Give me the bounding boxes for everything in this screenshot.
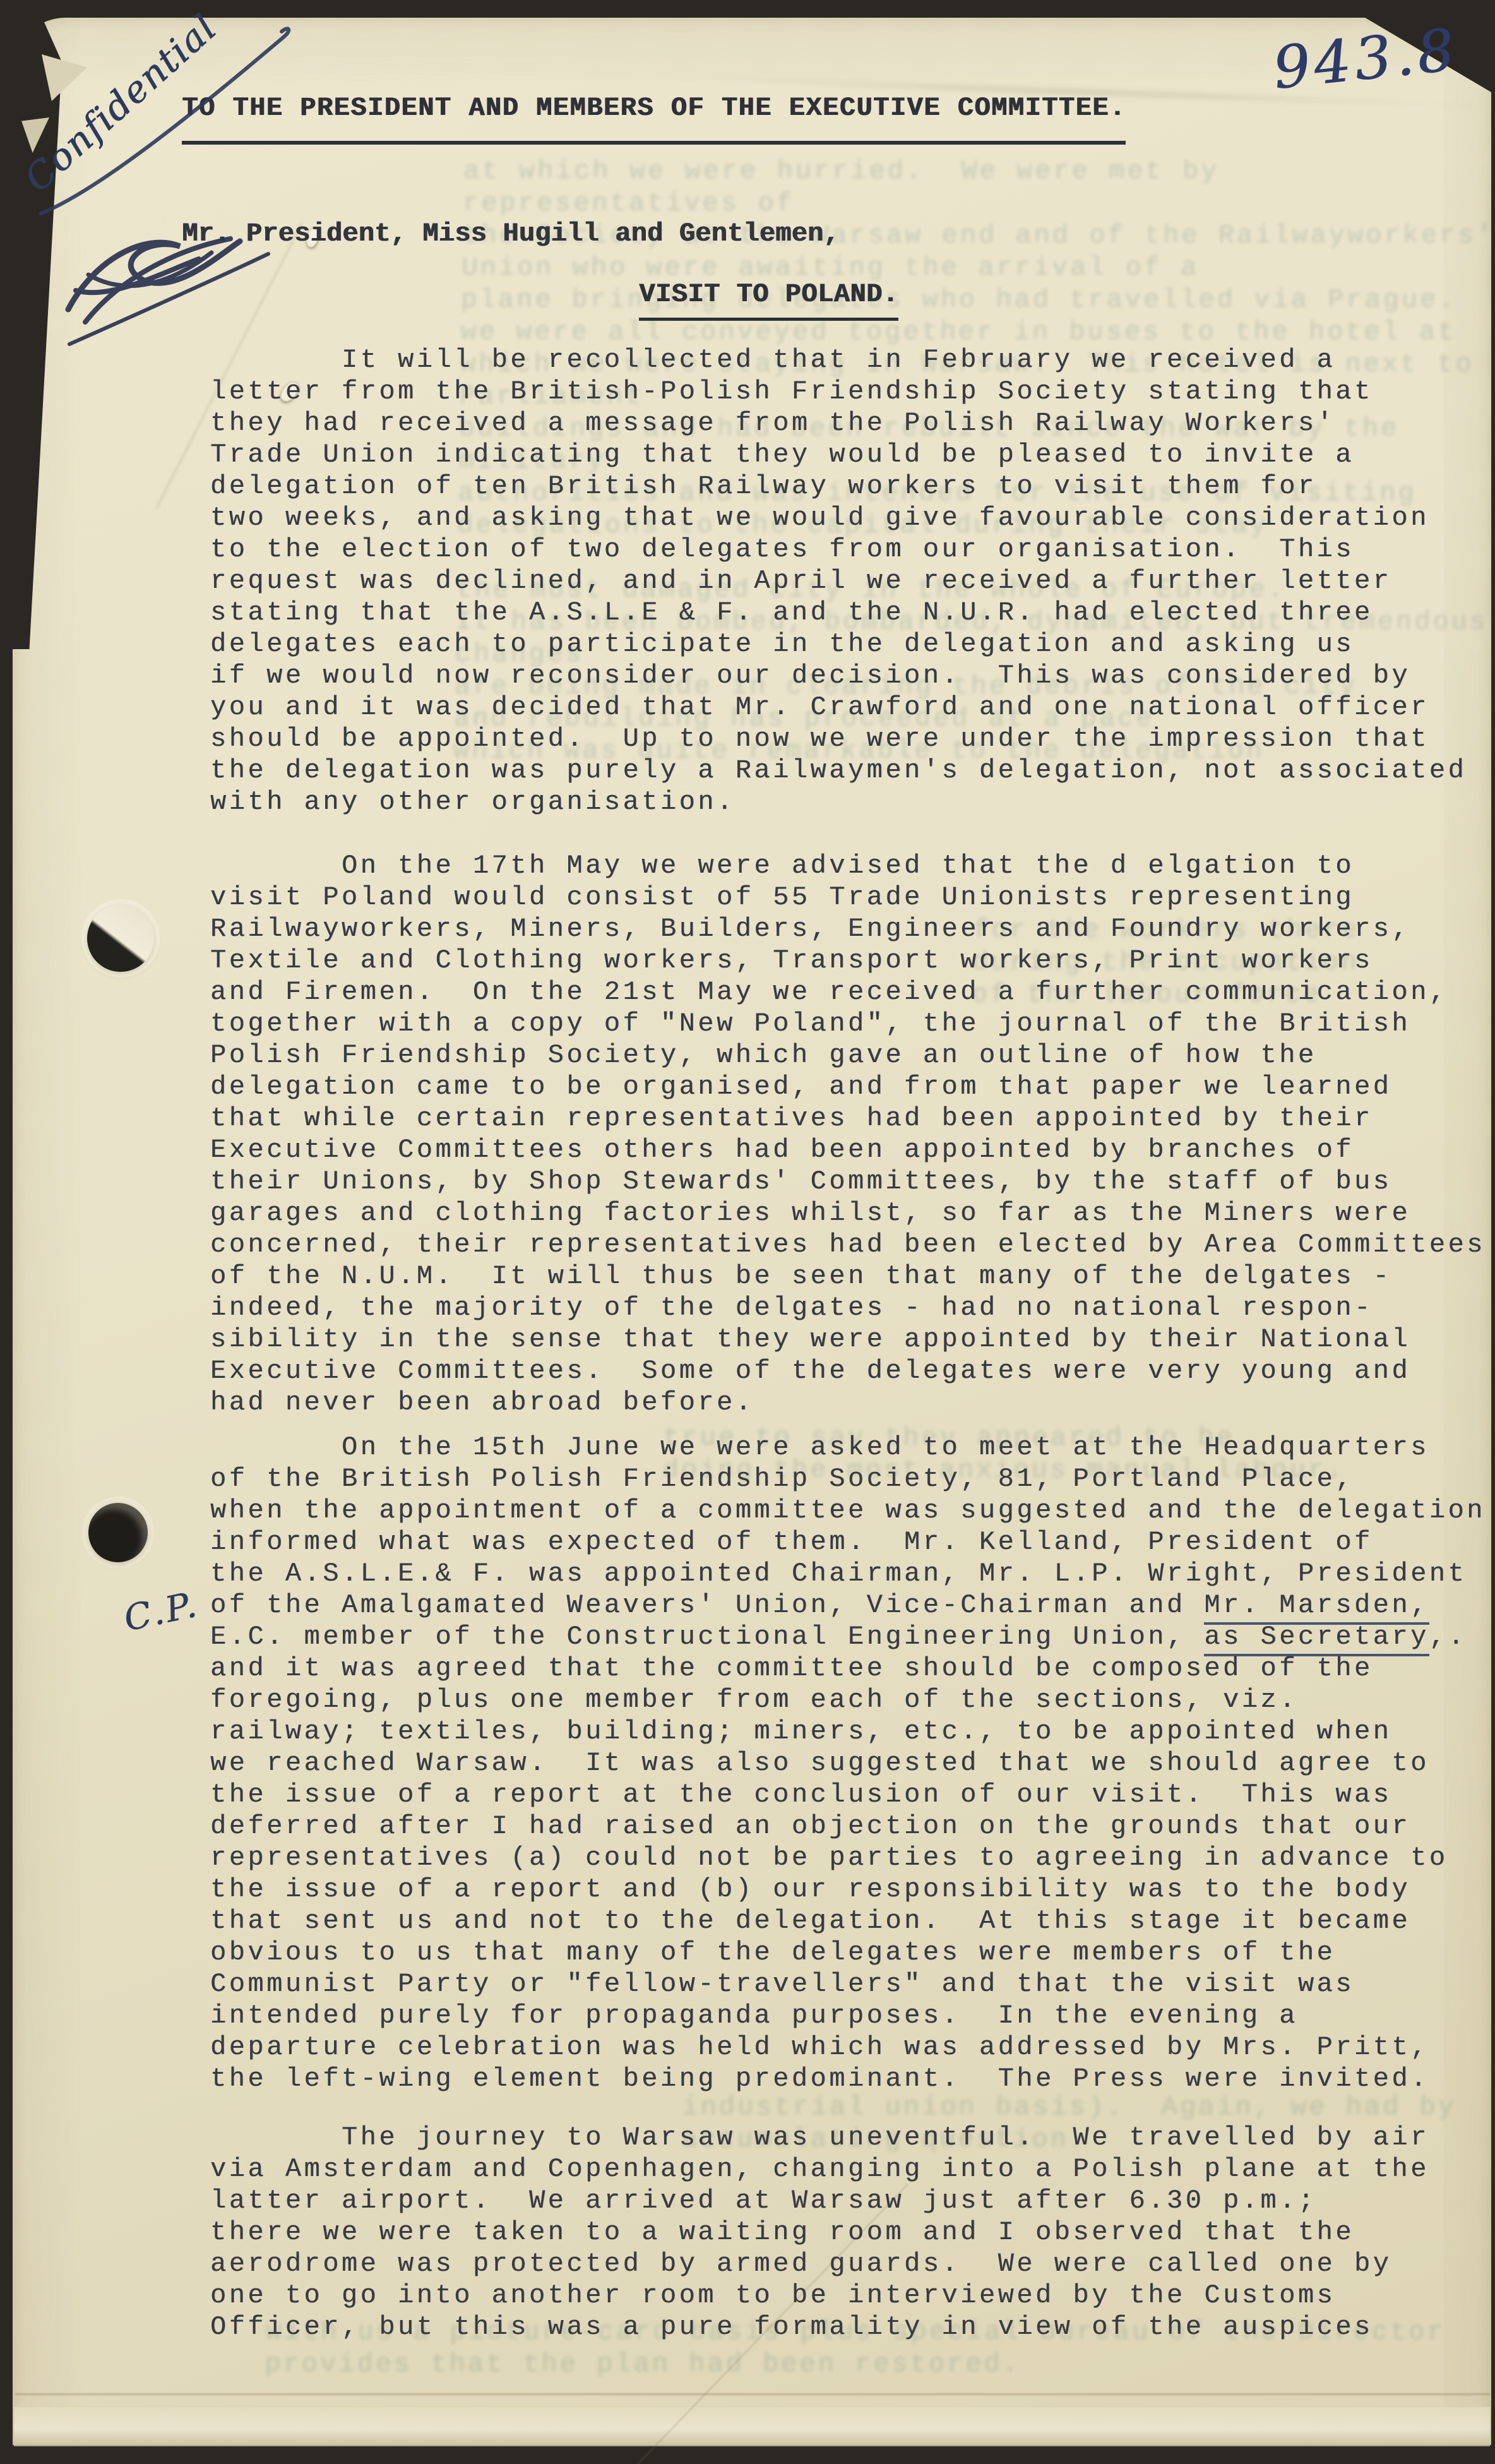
- punch-hole: [88, 1503, 148, 1562]
- bottom-backdrop-band: [13, 2445, 1491, 2464]
- ink-underlined-marsden: Mr. Marsden,: [1204, 1590, 1429, 1625]
- paragraph-3-text: E.C. member of the Constructional Engine…: [210, 1622, 1204, 1652]
- subject-title: VISIT TO POLAND.: [639, 278, 898, 321]
- ink-underlined-secretary: as Secretary: [1204, 1622, 1429, 1656]
- punch-hole: [87, 905, 154, 972]
- paragraph-2: On the 17th May we were advised that the…: [210, 850, 1486, 1418]
- paragraph-1: It will be recollected that in February …: [210, 344, 1467, 818]
- salutation-line: Mr. President, Miss Hugill and Gentlemen…: [182, 218, 840, 249]
- paragraph-4: The journey to Warsaw was uneventful. We…: [210, 2122, 1429, 2343]
- bottom-page-curl: [14, 2407, 1490, 2446]
- scanned-document-page: at which we were hurried. We were met by…: [0, 0, 1495, 2464]
- document-heading: TO THE PRESIDENT AND MEMBERS OF THE EXEC…: [182, 92, 1126, 145]
- paragraph-3: On the 15th June we were asked to meet a…: [210, 1432, 1486, 2095]
- paragraph-3-text: ,. and it was agreed that the committee …: [210, 1622, 1467, 2094]
